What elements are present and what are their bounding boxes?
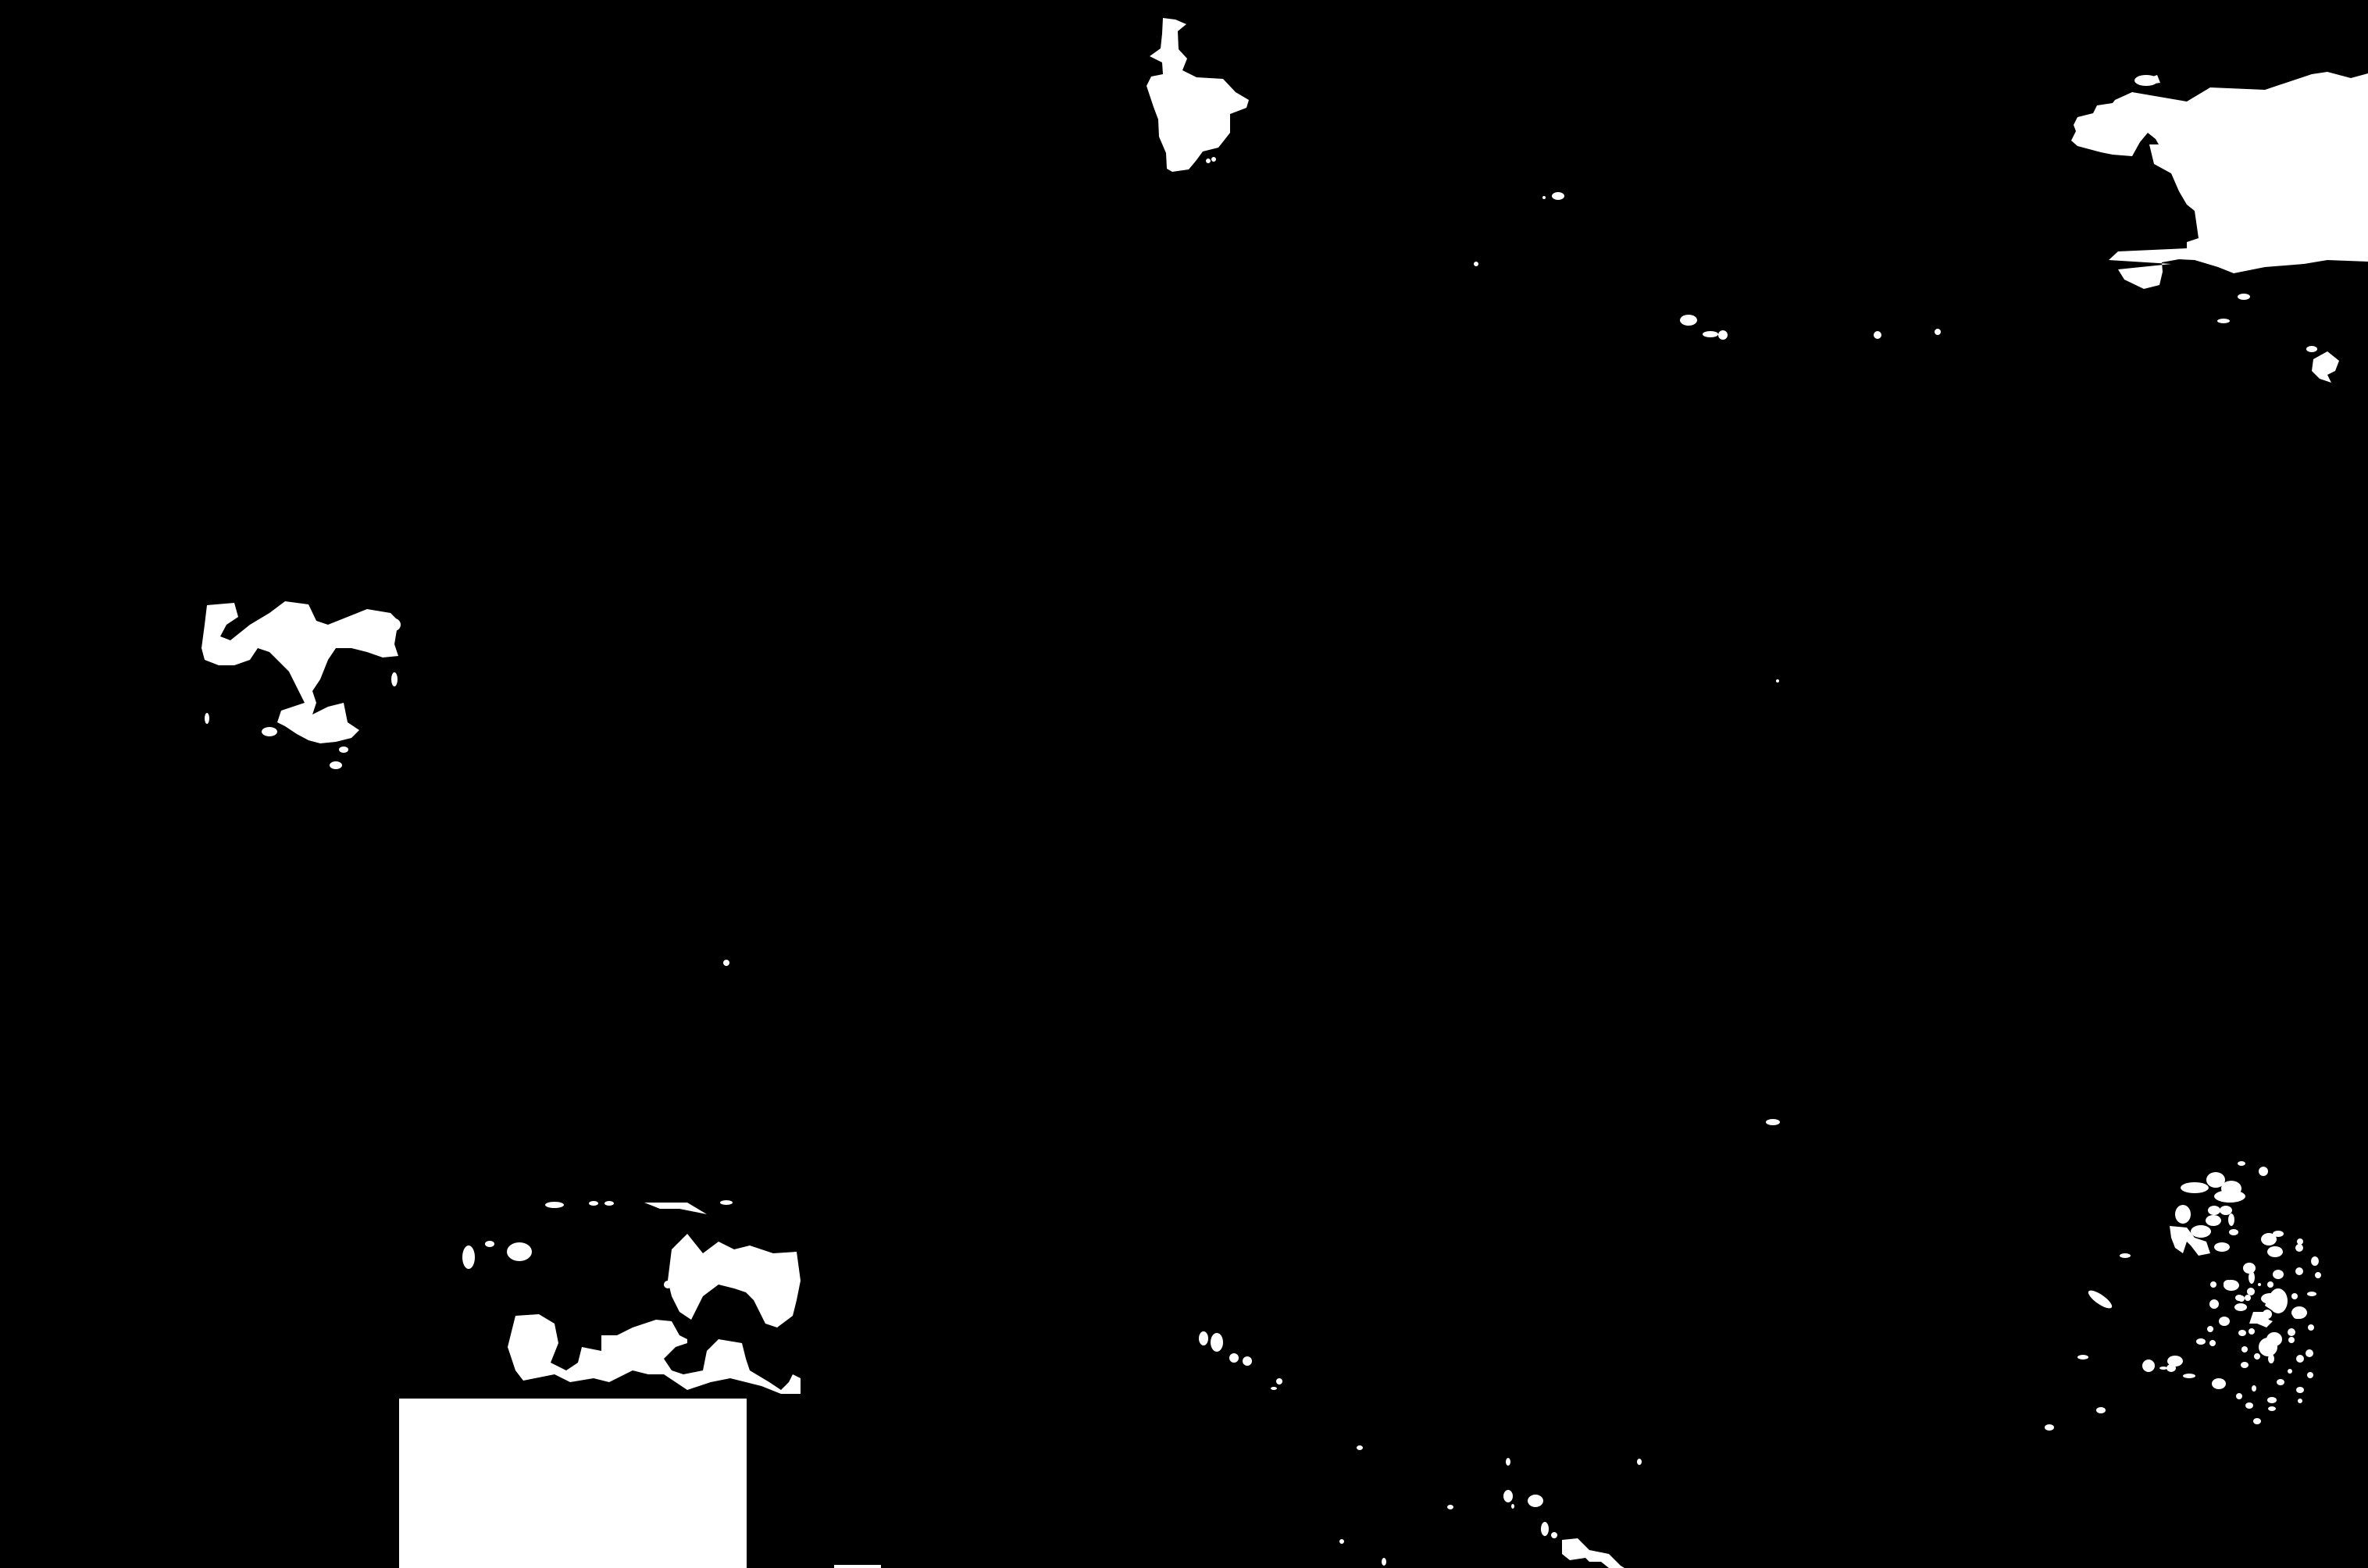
mask-background (0, 0, 2368, 1568)
region-bottom-left-rect (399, 1399, 747, 1568)
mask-image (0, 0, 2368, 1568)
